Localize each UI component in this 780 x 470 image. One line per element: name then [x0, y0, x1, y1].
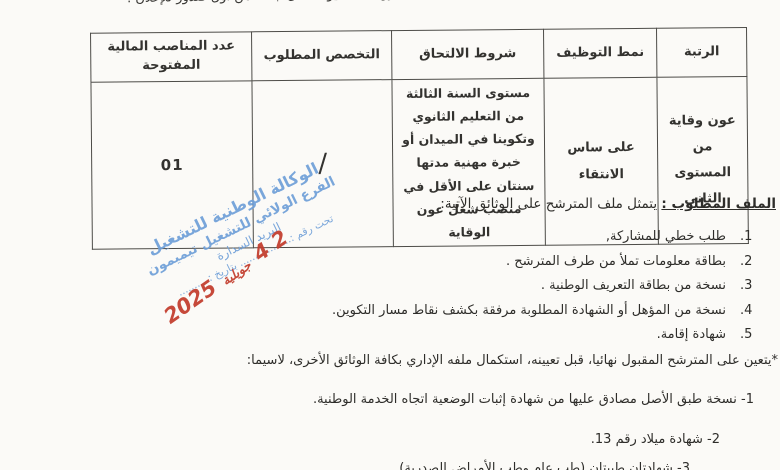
- scanned-document-page: يتعدى عشرون (20) يوما عمل ابتداء من أول …: [0, 0, 780, 470]
- list-item: 1. طلب خطي للمشاركة,: [332, 229, 756, 254]
- top-clipped-sentence: يتعدى عشرون (20) يوما عمل ابتداء من أول …: [0, 0, 450, 10]
- extra-doc-text: شهادتان طبيتان (طب عام وطب الأمراض الصدر…: [395, 461, 673, 470]
- header-rank: الرتبة: [657, 28, 747, 78]
- final-note: *يتعين على المترشح المقبول نهائيا، قبل ت…: [247, 353, 778, 368]
- stamp-date-year: 2025: [159, 275, 221, 328]
- list-item-text: طلب خطي للمشاركة,: [606, 229, 726, 244]
- table-row: عون وقاية من المستوى الثاني على ساس الان…: [91, 77, 748, 250]
- list-item-number: 2.: [740, 254, 756, 269]
- cell-rank: عون وقاية من المستوى الثاني: [657, 77, 748, 245]
- extra-doc-number: 2-: [707, 432, 720, 447]
- extra-doc-number: 1-: [741, 392, 754, 407]
- list-item-number: 5.: [740, 327, 756, 342]
- cell-employment-mode: على ساس الانتقاء: [544, 77, 658, 245]
- extra-doc-1: 1- نسخة طبق الأصل مصادق عليها من شهادة إ…: [313, 392, 754, 407]
- extra-doc-2: 2- شهادة ميلاد رقم 13.: [591, 432, 720, 447]
- stamp-date-month: جويلية: [219, 257, 254, 288]
- list-item-text: شهادة إقامة.: [657, 327, 726, 342]
- list-item: 4. نسخة من المؤهل أو الشهادة المطلوبة مر…: [332, 303, 756, 328]
- cell-joining-conditions: مستوى السنة الثالثة من التعليم الثانوي و…: [392, 78, 545, 246]
- list-item-number: 3.: [740, 278, 756, 293]
- required-file-heading-rest: يتمثل ملف المترشح على الوثائق الآتية:: [440, 196, 661, 212]
- extra-doc-number: 3-: [677, 461, 690, 470]
- recruitment-table: الرتبة نمط التوظيف شروط الالتحاق التخصص …: [90, 27, 749, 250]
- list-item: 2. بطاقة معلومات تملأ من طرف المترشح .: [332, 254, 756, 279]
- header-open-positions: عدد المناصب المالية المفتوحة: [91, 32, 252, 82]
- cell-required-specialty: /: [252, 80, 393, 248]
- header-joining-conditions: شروط الالتحاق: [392, 29, 544, 79]
- extra-doc-text: نسخة طبق الأصل مصادق عليها من شهادة إثبا…: [313, 392, 737, 407]
- list-item: 5. شهادة إقامة.: [332, 327, 756, 352]
- header-employment-mode: نمط التوظيف: [544, 28, 657, 78]
- list-item-number: 4.: [740, 303, 756, 318]
- list-item-text: نسخة من المؤهل أو الشهادة المطلوبة مرفقة…: [332, 303, 726, 318]
- recruitment-table-wrapper: الرتبة نمط التوظيف شروط الالتحاق التخصص …: [90, 27, 749, 250]
- document-list: 1. طلب خطي للمشاركة, 2. بطاقة معلومات تم…: [332, 229, 756, 352]
- table-header-row: الرتبة نمط التوظيف شروط الالتحاق التخصص …: [91, 28, 747, 83]
- list-item: 3. نسخة من بطاقة التعريف الوطنية .: [332, 278, 756, 303]
- header-required-specialty: التخصص المطلوب: [252, 31, 392, 81]
- cell-open-positions: 01: [91, 81, 253, 249]
- required-file-heading: الملف المطلوب : يتمثل ملف المترشح على ال…: [440, 196, 776, 212]
- required-file-heading-title: الملف المطلوب :: [661, 196, 776, 212]
- extra-doc-text: شهادة ميلاد رقم 13.: [591, 432, 703, 447]
- list-item-text: بطاقة معلومات تملأ من طرف المترشح .: [506, 254, 726, 269]
- list-item-text: نسخة من بطاقة التعريف الوطنية .: [541, 278, 726, 293]
- list-item-number: 1.: [740, 229, 756, 244]
- extra-doc-3-clipped: 3- شهادتان طبيتان (طب عام وطب الأمراض ال…: [395, 461, 690, 470]
